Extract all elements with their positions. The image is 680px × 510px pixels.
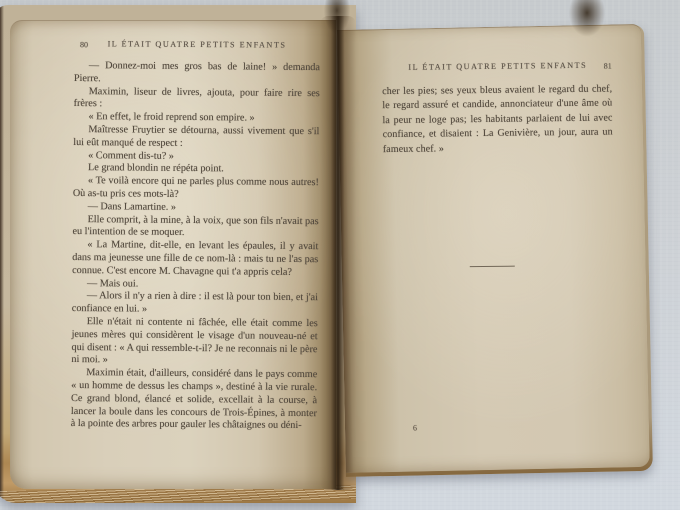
right-running-title: IL ÉTAIT QUATRE PETITS ENFANTS	[382, 60, 614, 72]
paragraph: « La Martine, dit-elle, en levant les ép…	[72, 239, 318, 280]
paragraph: Elle n'était ni contente ni fâchée, elle…	[71, 316, 317, 369]
paragraph: — Alors il n'y a rien à dire : il est là…	[72, 290, 318, 318]
paragraph: « Te voilà encore qui ne parles plus com…	[73, 175, 319, 203]
paragraph: Maximin, liseur de livres, ajouta, pour …	[74, 86, 320, 114]
paragraph: Maîtresse Fruytier se détourna, aussi vi…	[73, 124, 319, 152]
left-page: 80 IL ÉTAIT QUATRE PETITS ENFANTS — Donn…	[10, 20, 336, 489]
section-divider-rule	[470, 266, 515, 268]
left-running-title: IL ÉTAIT QUATRE PETITS ENFANTS	[74, 39, 320, 50]
paragraph: — Donnez-moi mes gros bas de laine! » de…	[74, 60, 320, 88]
photo-background: 80 IL ÉTAIT QUATRE PETITS ENFANTS — Donn…	[0, 0, 680, 510]
right-page-header: IL ÉTAIT QUATRE PETITS ENFANTS 81	[382, 60, 614, 75]
right-page: IL ÉTAIT QUATRE PETITS ENFANTS 81 cher l…	[337, 24, 650, 473]
right-page-text: cher les pies; ses yeux bleus avaient le…	[382, 82, 613, 157]
paragraph: Maximin était, d'ailleurs, considéré dan…	[71, 367, 318, 433]
paragraph: Elle comprit, à la mine, à la voix, que …	[72, 214, 318, 242]
book-cover-edge	[0, 5, 4, 503]
left-page-header: 80 IL ÉTAIT QUATRE PETITS ENFANTS	[74, 39, 320, 53]
printer-signature-mark: 6	[413, 423, 417, 432]
right-page-number: 81	[604, 61, 612, 70]
left-page-number: 80	[80, 40, 88, 49]
paragraph: cher les pies; ses yeux bleus avaient le…	[382, 82, 613, 157]
left-page-text: — Donnez-moi mes gros bas de laine! » de…	[71, 60, 320, 433]
